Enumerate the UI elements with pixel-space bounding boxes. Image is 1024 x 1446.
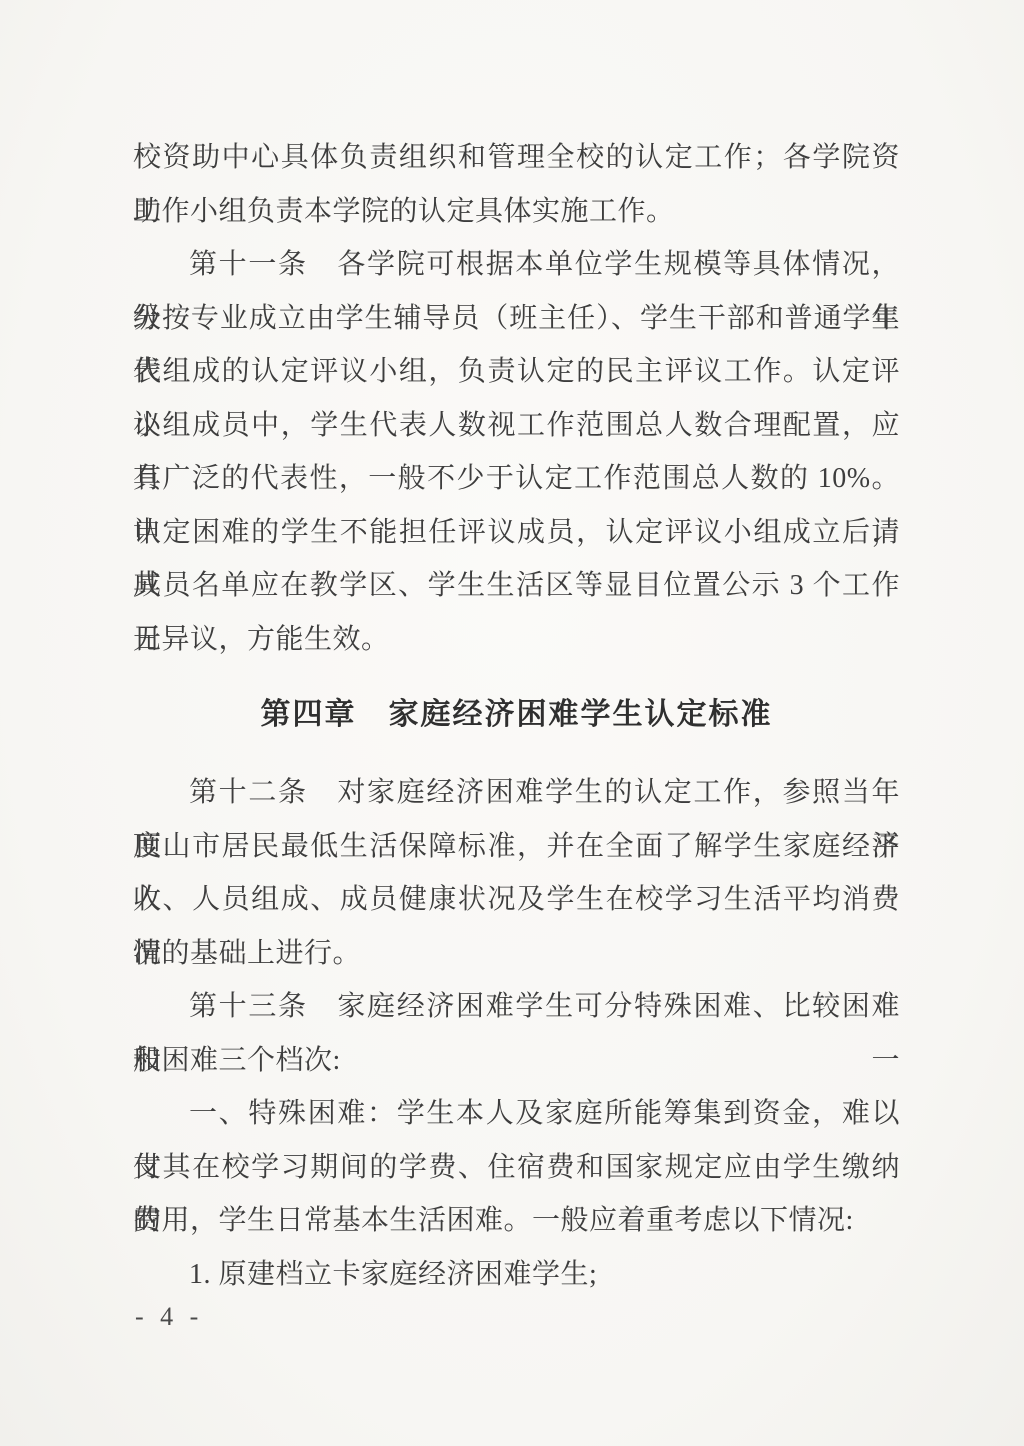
- text-line: 入、人员组成、成员健康状况及学生在校学习生活平均消费情: [133, 873, 900, 927]
- text-line: 表组成的认定评议小组，负责认定的民主评议工作。认定评议: [133, 345, 900, 399]
- text-line: 费用，学生日常基本生活困难。一般应着重考虑以下情况:: [133, 1194, 900, 1248]
- text-line: 成员名单应在教学区、学生生活区等显目位置公示 3 个工作日: [133, 559, 900, 613]
- chapter-heading: 第四章 家庭经济困难学生认定标准: [133, 688, 900, 742]
- text-line: 校资助中心具体负责组织和管理全校的认定工作；各学院资助: [133, 131, 900, 185]
- document-page: 校资助中心具体负责组织和管理全校的认定工作；各学院资助 工作小组负责本学院的认定…: [0, 0, 1024, 1446]
- text-line: 一、特殊困难：学生本人及家庭所能筹集到资金，难以支: [133, 1087, 900, 1141]
- text-line: 付其在校学习期间的学费、住宿费和国家规定应由学生缴纳的: [133, 1141, 900, 1195]
- text-line: 认定困难的学生不能担任评议成员，认定评议小组成立后，其: [133, 506, 900, 560]
- text-line: 级按专业成立由学生辅导员（班主任）、学生干部和普通学生代: [133, 292, 900, 346]
- page-number: - 4 -: [135, 1302, 203, 1332]
- text-line: 况的基础上进行。: [133, 927, 900, 981]
- text-line: 第十一条 各学院可根据本单位学生规模等具体情况，分年: [133, 238, 900, 292]
- text-line: 第十二条 对家庭经济困难学生的认定工作，参照当年度平: [133, 766, 900, 820]
- text-line: 1. 原建档立卡家庭经济困难学生;: [133, 1248, 900, 1302]
- text-line: 有广泛的代表性，一般不少于认定工作范围总人数的 10%。申请: [133, 452, 900, 506]
- document-body: 校资助中心具体负责组织和管理全校的认定工作；各学院资助 工作小组负责本学院的认定…: [133, 131, 900, 1301]
- text-line: 无异议，方能生效。: [133, 613, 900, 667]
- text-line: 第十三条 家庭经济困难学生可分特殊困难、比较困难和一: [133, 980, 900, 1034]
- text-line: 顶山市居民最低生活保障标准，并在全面了解学生家庭经济收: [133, 820, 900, 874]
- text-line: 小组成员中，学生代表人数视工作范围总人数合理配置，应具: [133, 399, 900, 453]
- text-line: 工作小组负责本学院的认定具体实施工作。: [133, 185, 900, 239]
